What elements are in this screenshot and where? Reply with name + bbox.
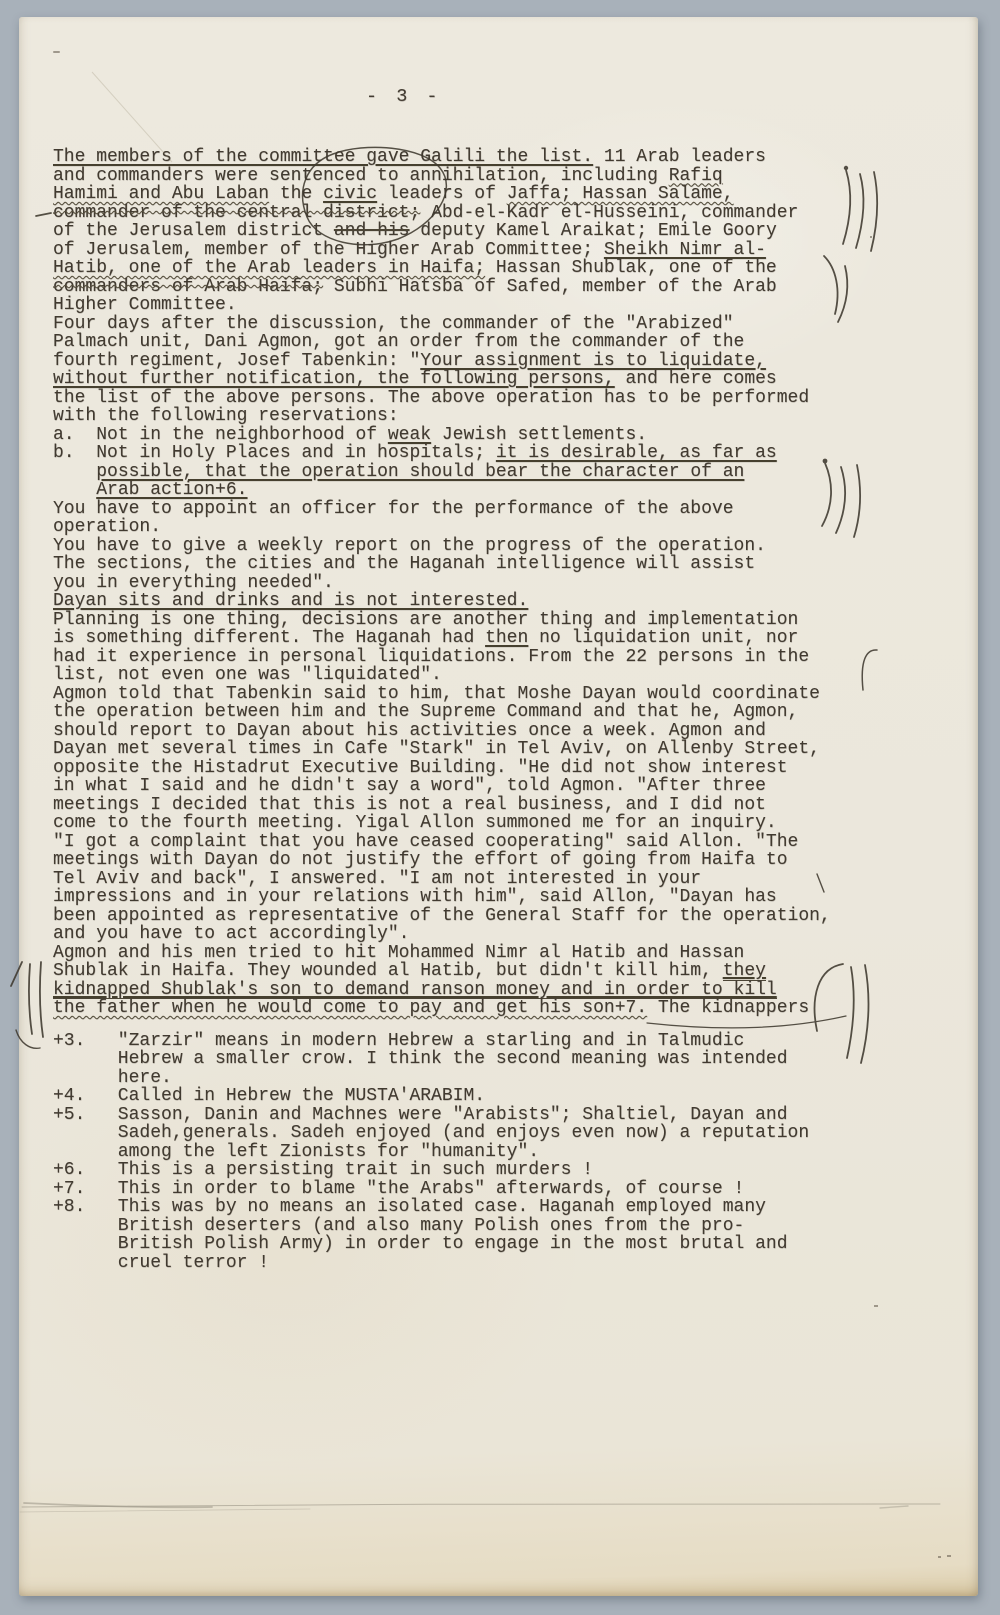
page-number: - 3 - xyxy=(366,86,442,107)
text-line: Four days after the discussion, the comm… xyxy=(53,315,831,334)
text-line: Higher Committee. xyxy=(53,296,831,315)
text-line: +4. Called in Hebrew the MUSTA'ARABIM. xyxy=(53,1087,831,1106)
text-line: Agmon told that Tabenkin said to him, th… xyxy=(53,685,831,704)
text-line: kidnapped Shublak's son to demand ranson… xyxy=(53,981,831,1000)
text-line: Arab action+6. xyxy=(53,481,831,500)
text-line: list, not even one was "liquidated". xyxy=(53,666,831,685)
text-line: Agmon and his men tried to hit Mohammed … xyxy=(53,944,831,963)
text-line: come to the fourth meeting. Yigal Allon … xyxy=(53,814,831,833)
text-line: cruel terror ! xyxy=(53,1254,831,1273)
text-line: Planning is one thing, decisions are ano… xyxy=(53,611,831,630)
text-line: The members of the committee gave Galili… xyxy=(53,148,831,167)
text-line: Hebrew a smaller crow. I think the secon… xyxy=(53,1050,831,1069)
text-line: possible, that the operation should bear… xyxy=(53,463,831,482)
text-line: been appointed as representative of the … xyxy=(53,907,831,926)
text-line: of Jerusalem, member of the Higher Arab … xyxy=(53,241,831,260)
text-line: commander of the central district; Abd-e… xyxy=(53,204,831,223)
text-line: you in everything needed". xyxy=(53,574,831,593)
text-line: of the Jerusalem district and his deputy… xyxy=(53,222,831,241)
text-line: in what I said and he didn't say a word"… xyxy=(53,777,831,796)
text-line: Sadeh,generals. Sadeh enjoyed (and enjoy… xyxy=(53,1124,831,1143)
text-line: Shublak in Haifa. They wounded al Hatib,… xyxy=(53,962,831,981)
text-line: with the following reservations: xyxy=(53,407,831,426)
text-line: and you have to act accordingly". xyxy=(53,925,831,944)
text-line: is something different. The Haganah had … xyxy=(53,629,831,648)
text-line: British Polish Army) in order to engage … xyxy=(53,1235,831,1254)
text-line: impressions and in your relations with h… xyxy=(53,888,831,907)
text-line: You have to appoint an officer for the p… xyxy=(53,500,831,519)
text-line: a. Not in the neighborhood of weak Jewis… xyxy=(53,426,831,445)
text-line: the list of the above persons. The above… xyxy=(53,389,831,408)
text-line: should report to Dayan about his activit… xyxy=(53,722,831,741)
text-line: among the left Zionists for "humanity". xyxy=(53,1143,831,1162)
text-line: +8. This was by no means an isolated cas… xyxy=(53,1198,831,1217)
text-line: +3. "Zarzir" means in modern Hebrew a st… xyxy=(53,1032,831,1051)
text-line: You have to give a weekly report on the … xyxy=(53,537,831,556)
text-line: meetings with Dayan do not justify the e… xyxy=(53,851,831,870)
text-line: +7. This in order to blame "the Arabs" a… xyxy=(53,1180,831,1199)
text-line: operation. xyxy=(53,518,831,537)
text-line: Hatib, one of the Arab leaders in Haifa;… xyxy=(53,259,831,278)
text-line: Dayan sits and drinks and is not interes… xyxy=(53,592,831,611)
text-line: the operation between him and the Suprem… xyxy=(53,703,831,722)
text-line: Palmach unit, Dani Agmon, got an order f… xyxy=(53,333,831,352)
text-line: opposite the Histadrut Executive Buildin… xyxy=(53,759,831,778)
text-line: +6. This is a persisting trait in such m… xyxy=(53,1161,831,1180)
text-line: "I got a complaint that you have ceased … xyxy=(53,833,831,852)
footnotes: +3. "Zarzir" means in modern Hebrew a st… xyxy=(53,1032,831,1273)
text-line: commanders of Arab Haifa; Subhi Hatsba o… xyxy=(53,278,831,297)
main-text: The members of the committee gave Galili… xyxy=(53,148,831,1018)
text-line: had it experience in personal liquidatio… xyxy=(53,648,831,667)
text-line: meetings I decided that this is not a re… xyxy=(53,796,831,815)
text-line: British deserters (and also many Polish … xyxy=(53,1217,831,1236)
text-line: The sections, the cities and the Haganah… xyxy=(53,555,831,574)
text-line: Dayan met several times in Cafe "Stark" … xyxy=(53,740,831,759)
typewritten-text: The members of the committee gave Galili… xyxy=(53,148,831,1272)
paper-sheet: - 3 - The members of the committee gave … xyxy=(19,17,978,1596)
text-line: +5. Sasson, Danin and Machnes were "Arab… xyxy=(53,1106,831,1125)
text-line: and commanders were sentenced to annihil… xyxy=(53,167,831,186)
text-line: Hamimi and Abu Laban the civic leaders o… xyxy=(53,185,831,204)
document-scan: { "page": { "number_label": "- 3 -" }, "… xyxy=(0,0,1000,1615)
text-line: fourth regiment, Josef Tabenkin: "Your a… xyxy=(53,352,831,371)
text-line: b. Not in Holy Places and in hospitals; … xyxy=(53,444,831,463)
text-line: the father when he would come to pay and… xyxy=(53,999,831,1018)
text-line: Tel Aviv and back", I answered. "I am no… xyxy=(53,870,831,889)
text-line: without further notification, the follow… xyxy=(53,370,831,389)
text-line: here. xyxy=(53,1069,831,1088)
